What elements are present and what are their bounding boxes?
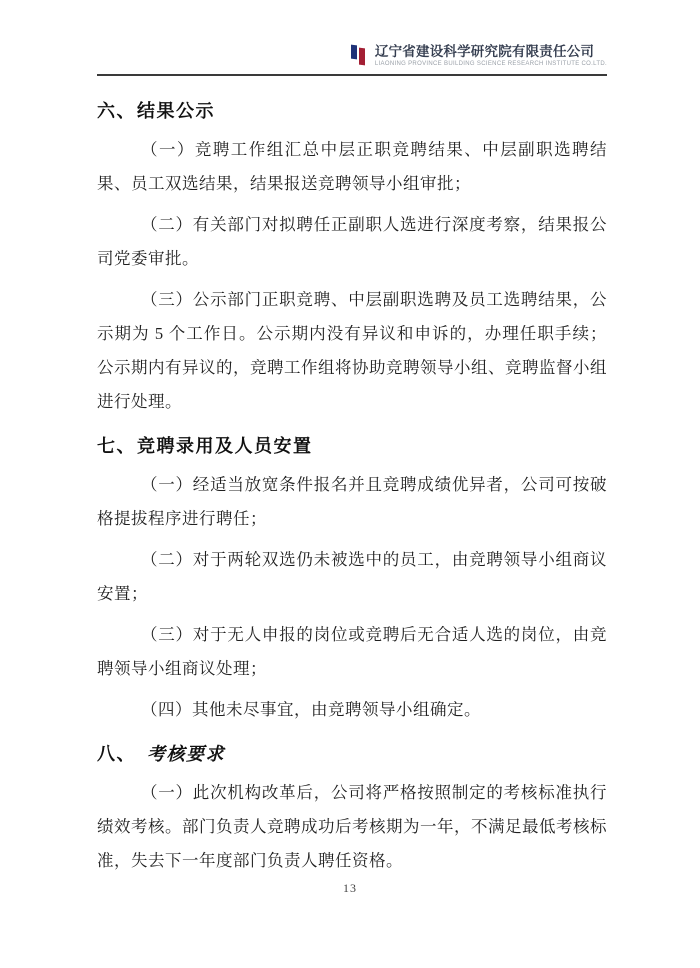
company-logo-icon [351, 44, 368, 68]
logo-bar-red [359, 48, 365, 66]
section-title: 结果公示 [137, 101, 215, 121]
letterhead: 辽宁省建设科学研究院有限责任公司 LIAONING PROVINCE BUILD… [97, 43, 607, 69]
company-logo: 辽宁省建设科学研究院有限责任公司 LIAONING PROVINCE BUILD… [351, 43, 607, 69]
document-page: 辽宁省建设科学研究院有限责任公司 LIAONING PROVINCE BUILD… [0, 0, 700, 968]
section-heading-results-publicity: 六、结果公示 [97, 99, 607, 123]
section-number: 七、 [97, 436, 136, 456]
section-heading-hiring-placement: 七、竞聘录用及人员安置 [97, 434, 607, 458]
logo-bar-blue [351, 45, 357, 60]
page-footer: 13 [0, 879, 700, 897]
page-header: 辽宁省建设科学研究院有限责任公司 LIAONING PROVINCE BUILD… [0, 0, 700, 76]
section-title: 考核要求 [147, 744, 225, 764]
company-name: 辽宁省建设科学研究院有限责任公司 [375, 43, 607, 60]
company-name-block: 辽宁省建设科学研究院有限责任公司 LIAONING PROVINCE BUILD… [375, 43, 607, 69]
section-heading-assessment-requirements: 八、考核要求 [97, 742, 607, 766]
paragraph: （一）竞聘工作组汇总中层正职竞聘结果、中层副职选聘结果、员工双选结果，结果报送竞… [97, 133, 607, 201]
document-body: 六、结果公示 （一）竞聘工作组汇总中层正职竞聘结果、中层副职选聘结果、员工双选结… [0, 76, 700, 878]
company-name-en: LIAONING PROVINCE BUILDING SCIENCE RESEA… [375, 60, 607, 69]
section-number: 八、 [97, 744, 136, 764]
paragraph: （三）对于无人申报的岗位或竞聘后无合适人选的岗位，由竞聘领导小组商议处理； [97, 618, 607, 686]
paragraph: （三）公示部门正职竞聘、中层副职选聘及员工选聘结果，公示期为 5 个工作日。公示… [97, 283, 607, 419]
paragraph: （二）对于两轮双选仍未被选中的员工，由竞聘领导小组商议安置； [97, 543, 607, 611]
paragraph: （一）经适当放宽条件报名并且竞聘成绩优异者，公司可按破格提拔程序进行聘任； [97, 468, 607, 536]
paragraph: （四）其他未尽事宜，由竞聘领导小组确定。 [97, 693, 607, 727]
paragraph: （一）此次机构改革后，公司将严格按照制定的考核标准执行绩效考核。部门负责人竞聘成… [97, 776, 607, 878]
section-number: 六、 [97, 101, 136, 121]
page-number: 13 [343, 881, 357, 895]
paragraph: （二）有关部门对拟聘任正副职人选进行深度考察，结果报公司党委审批。 [97, 208, 607, 276]
section-title: 竞聘录用及人员安置 [137, 436, 313, 456]
